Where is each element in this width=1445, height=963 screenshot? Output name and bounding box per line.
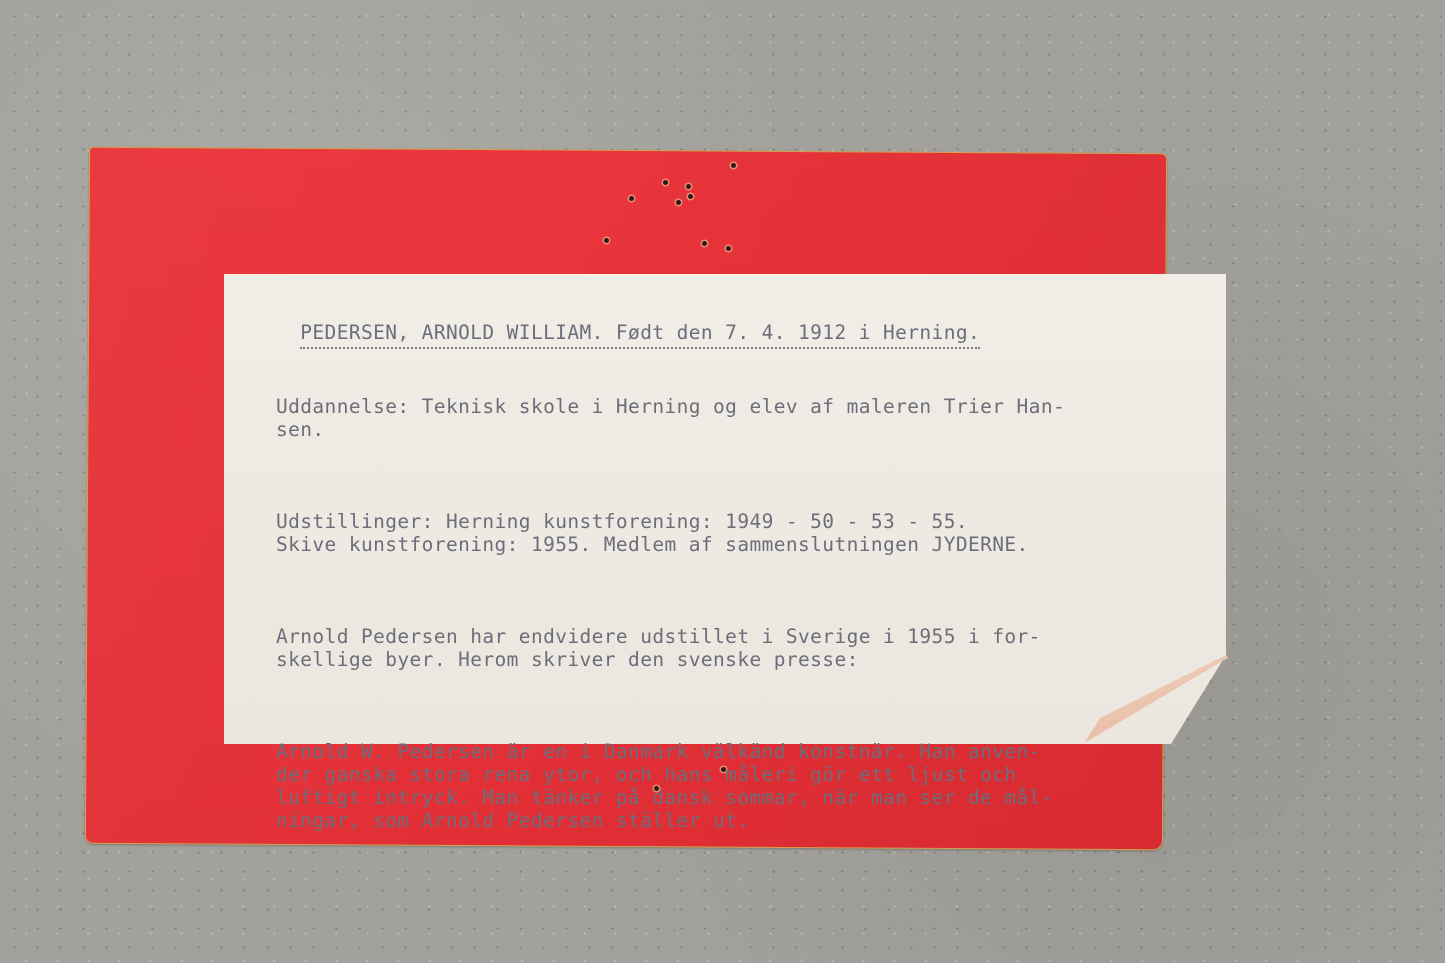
pin-hole: [731, 163, 736, 168]
pin-hole: [726, 246, 731, 251]
text-line: Uddannelse: Teknisk skole i Herning og e…: [276, 395, 1196, 418]
paragraph-exhibitions: Udstillinger: Herning kunstforening: 194…: [276, 510, 1196, 556]
pin-hole: [604, 238, 609, 243]
pin-hole: [686, 184, 691, 189]
text-line: skellige byer. Herom skriver den svenske…: [276, 648, 1196, 671]
paragraph-education: Uddannelse: Teknisk skole i Herning og e…: [276, 395, 1196, 441]
document-heading: PEDERSEN, ARNOLD WILLIAM. Født den 7. 4.…: [300, 321, 980, 349]
typewritten-text: PEDERSEN, ARNOLD WILLIAM. Født den 7. 4.…: [276, 298, 1196, 855]
text-line: der ganska stora rena ytor, och hans mål…: [276, 763, 1196, 786]
pin-hole: [629, 196, 634, 201]
text-line: ningar, som Arnold Pedersen ställer ut.: [276, 809, 1196, 832]
text-line: luftigt intryck. Man tänker på dansk som…: [276, 786, 1196, 809]
pin-hole: [676, 200, 681, 205]
text-line: Udstillinger: Herning kunstforening: 194…: [276, 510, 1196, 533]
pin-hole: [702, 241, 707, 246]
paragraph-sweden: Arnold Pedersen har endvidere udstillet …: [276, 625, 1196, 671]
pin-hole: [663, 180, 668, 185]
text-line: Skive kunstforening: 1955. Medlem af sam…: [276, 533, 1196, 556]
text-line: sen.: [276, 418, 1196, 441]
paragraph-press-quote: Arnold W. Pedersen är en i Danmark välkä…: [276, 740, 1196, 832]
pin-hole: [688, 194, 693, 199]
text-line: Arnold W. Pedersen är en i Danmark välkä…: [276, 740, 1196, 763]
text-line: Arnold Pedersen har endvidere udstillet …: [276, 625, 1196, 648]
